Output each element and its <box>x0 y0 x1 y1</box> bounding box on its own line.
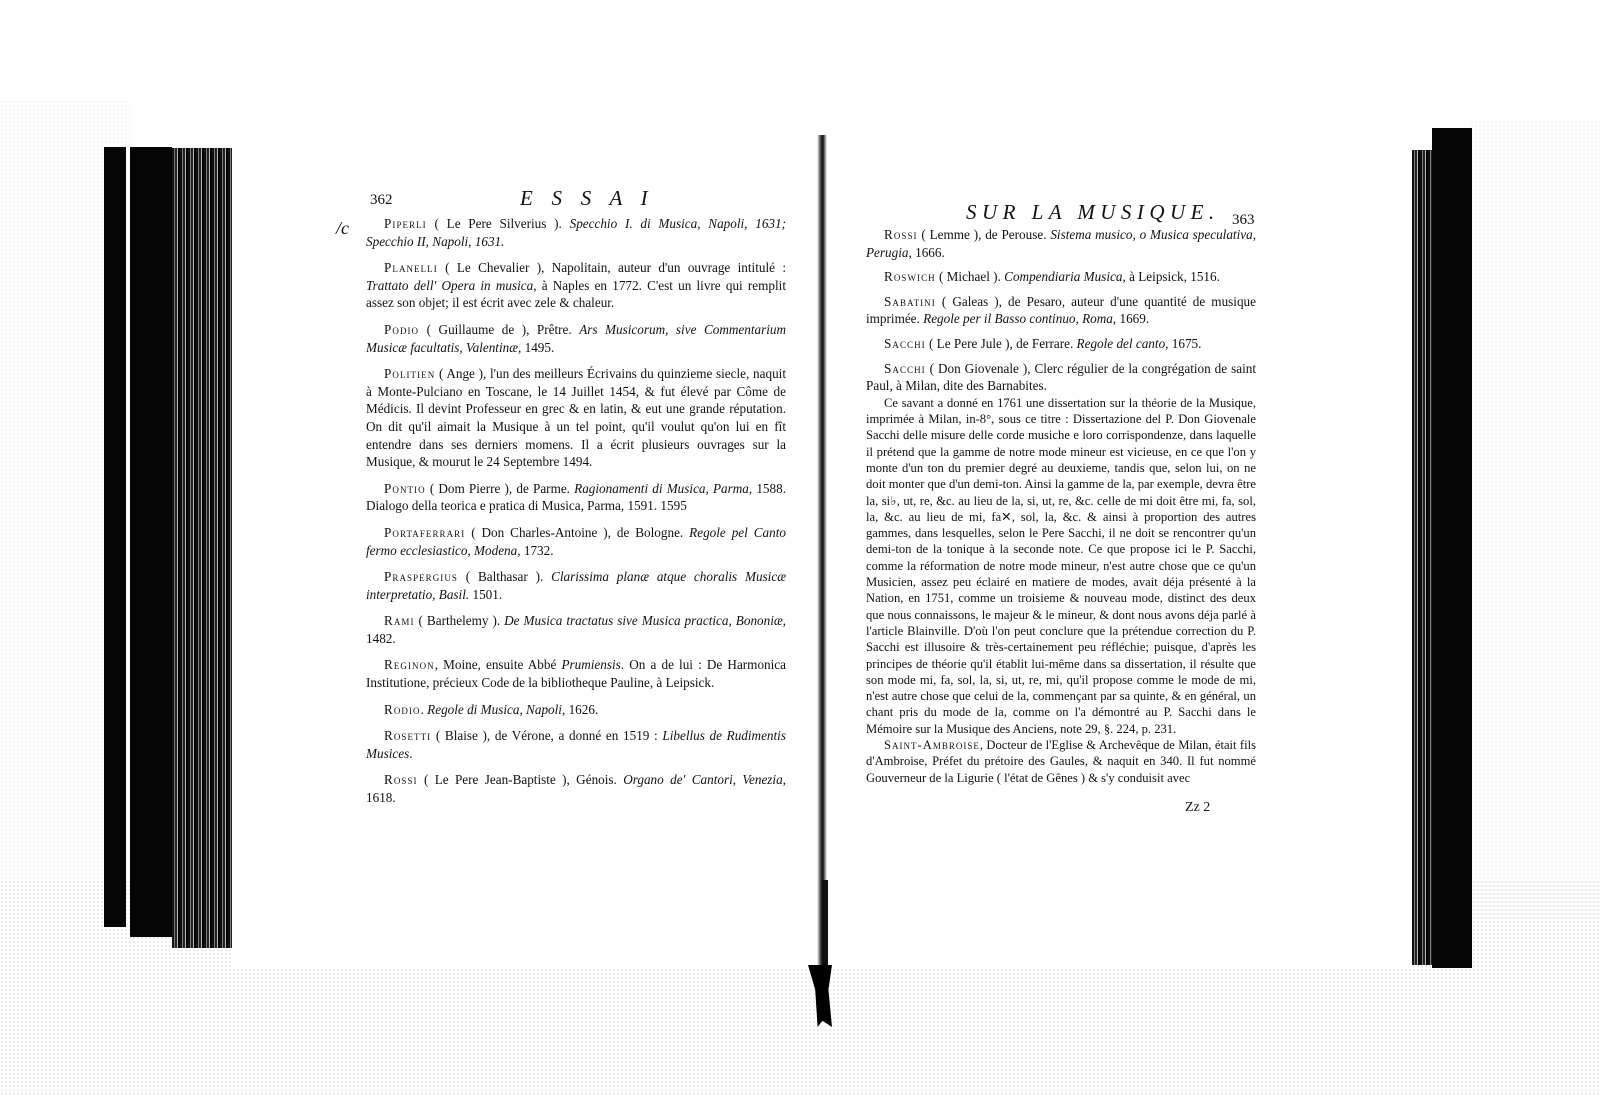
right-page-text: Rossi ( Lemme ), de Perouse. Sistema mus… <box>866 226 1256 786</box>
bookmark-ribbon <box>822 880 828 970</box>
entry: Saint-Ambroise, Docteur de l'Eglise & Ar… <box>866 737 1256 786</box>
entry: Reginon, Moine, ensuite Abbé Prumiensis.… <box>366 656 786 691</box>
entry: Piperli ( Le Pere Silverius ). Specchio … <box>366 215 786 250</box>
entry: Pontio ( Dom Pierre ), de Parme. Ragiona… <box>366 480 786 515</box>
page-number-left: 362 <box>370 192 393 209</box>
entry: Rossi ( Lemme ), de Perouse. Sistema mus… <box>866 226 1256 261</box>
entry: Rami ( Barthelemy ). De Musica tractatus… <box>366 612 786 647</box>
entry: Podio ( Guillaume de ), Prêtre. Ars Musi… <box>366 321 786 356</box>
entry: Portaferrari ( Don Charles-Antoine ), de… <box>366 524 786 559</box>
entry-sacchi-paragraph: Ce savant a donné en 1761 une dissertati… <box>866 395 1256 737</box>
book-cover-left-inner <box>130 147 172 937</box>
entry: Sacchi ( Le Pere Jule ), de Ferrare. Reg… <box>866 335 1256 353</box>
entry: Praspergius ( Balthasar ). Clarissima pl… <box>366 568 786 603</box>
margin-annotation: /c <box>336 218 349 239</box>
book-cover-left <box>104 147 126 927</box>
entry: Sabatini ( Galeas ), de Pesaro, auteur d… <box>866 293 1256 328</box>
page-edges-left <box>172 148 232 948</box>
entry: Sacchi ( Don Giovenale ), Clerc régulier… <box>866 360 1256 395</box>
running-head-right: SUR LA MUSIQUE. <box>966 200 1220 225</box>
book-cover-right <box>1432 128 1472 968</box>
left-page-text: Piperli ( Le Pere Silverius ). Specchio … <box>366 215 786 816</box>
entry: Planelli ( Le Chevalier ), Napolitain, a… <box>366 259 786 312</box>
running-head-left: E S S A I <box>520 186 654 211</box>
entry: Rossi ( Le Pere Jean-Baptiste ), Génois.… <box>366 771 786 806</box>
signature-mark: Zz 2 <box>1185 800 1210 816</box>
page-edges-right <box>1412 150 1432 965</box>
book-gutter <box>817 135 827 975</box>
entry: Rosetti ( Blaise ), de Vérone, a donné e… <box>366 727 786 762</box>
entry: Politien ( Ange ), l'un des meilleurs Éc… <box>366 365 786 471</box>
scanner-background <box>1470 120 1600 920</box>
entry: Rodio. Regole di Musica, Napoli, 1626. <box>366 701 786 719</box>
entry: Roswich ( Michael ). Compendiaria Musica… <box>866 268 1256 286</box>
